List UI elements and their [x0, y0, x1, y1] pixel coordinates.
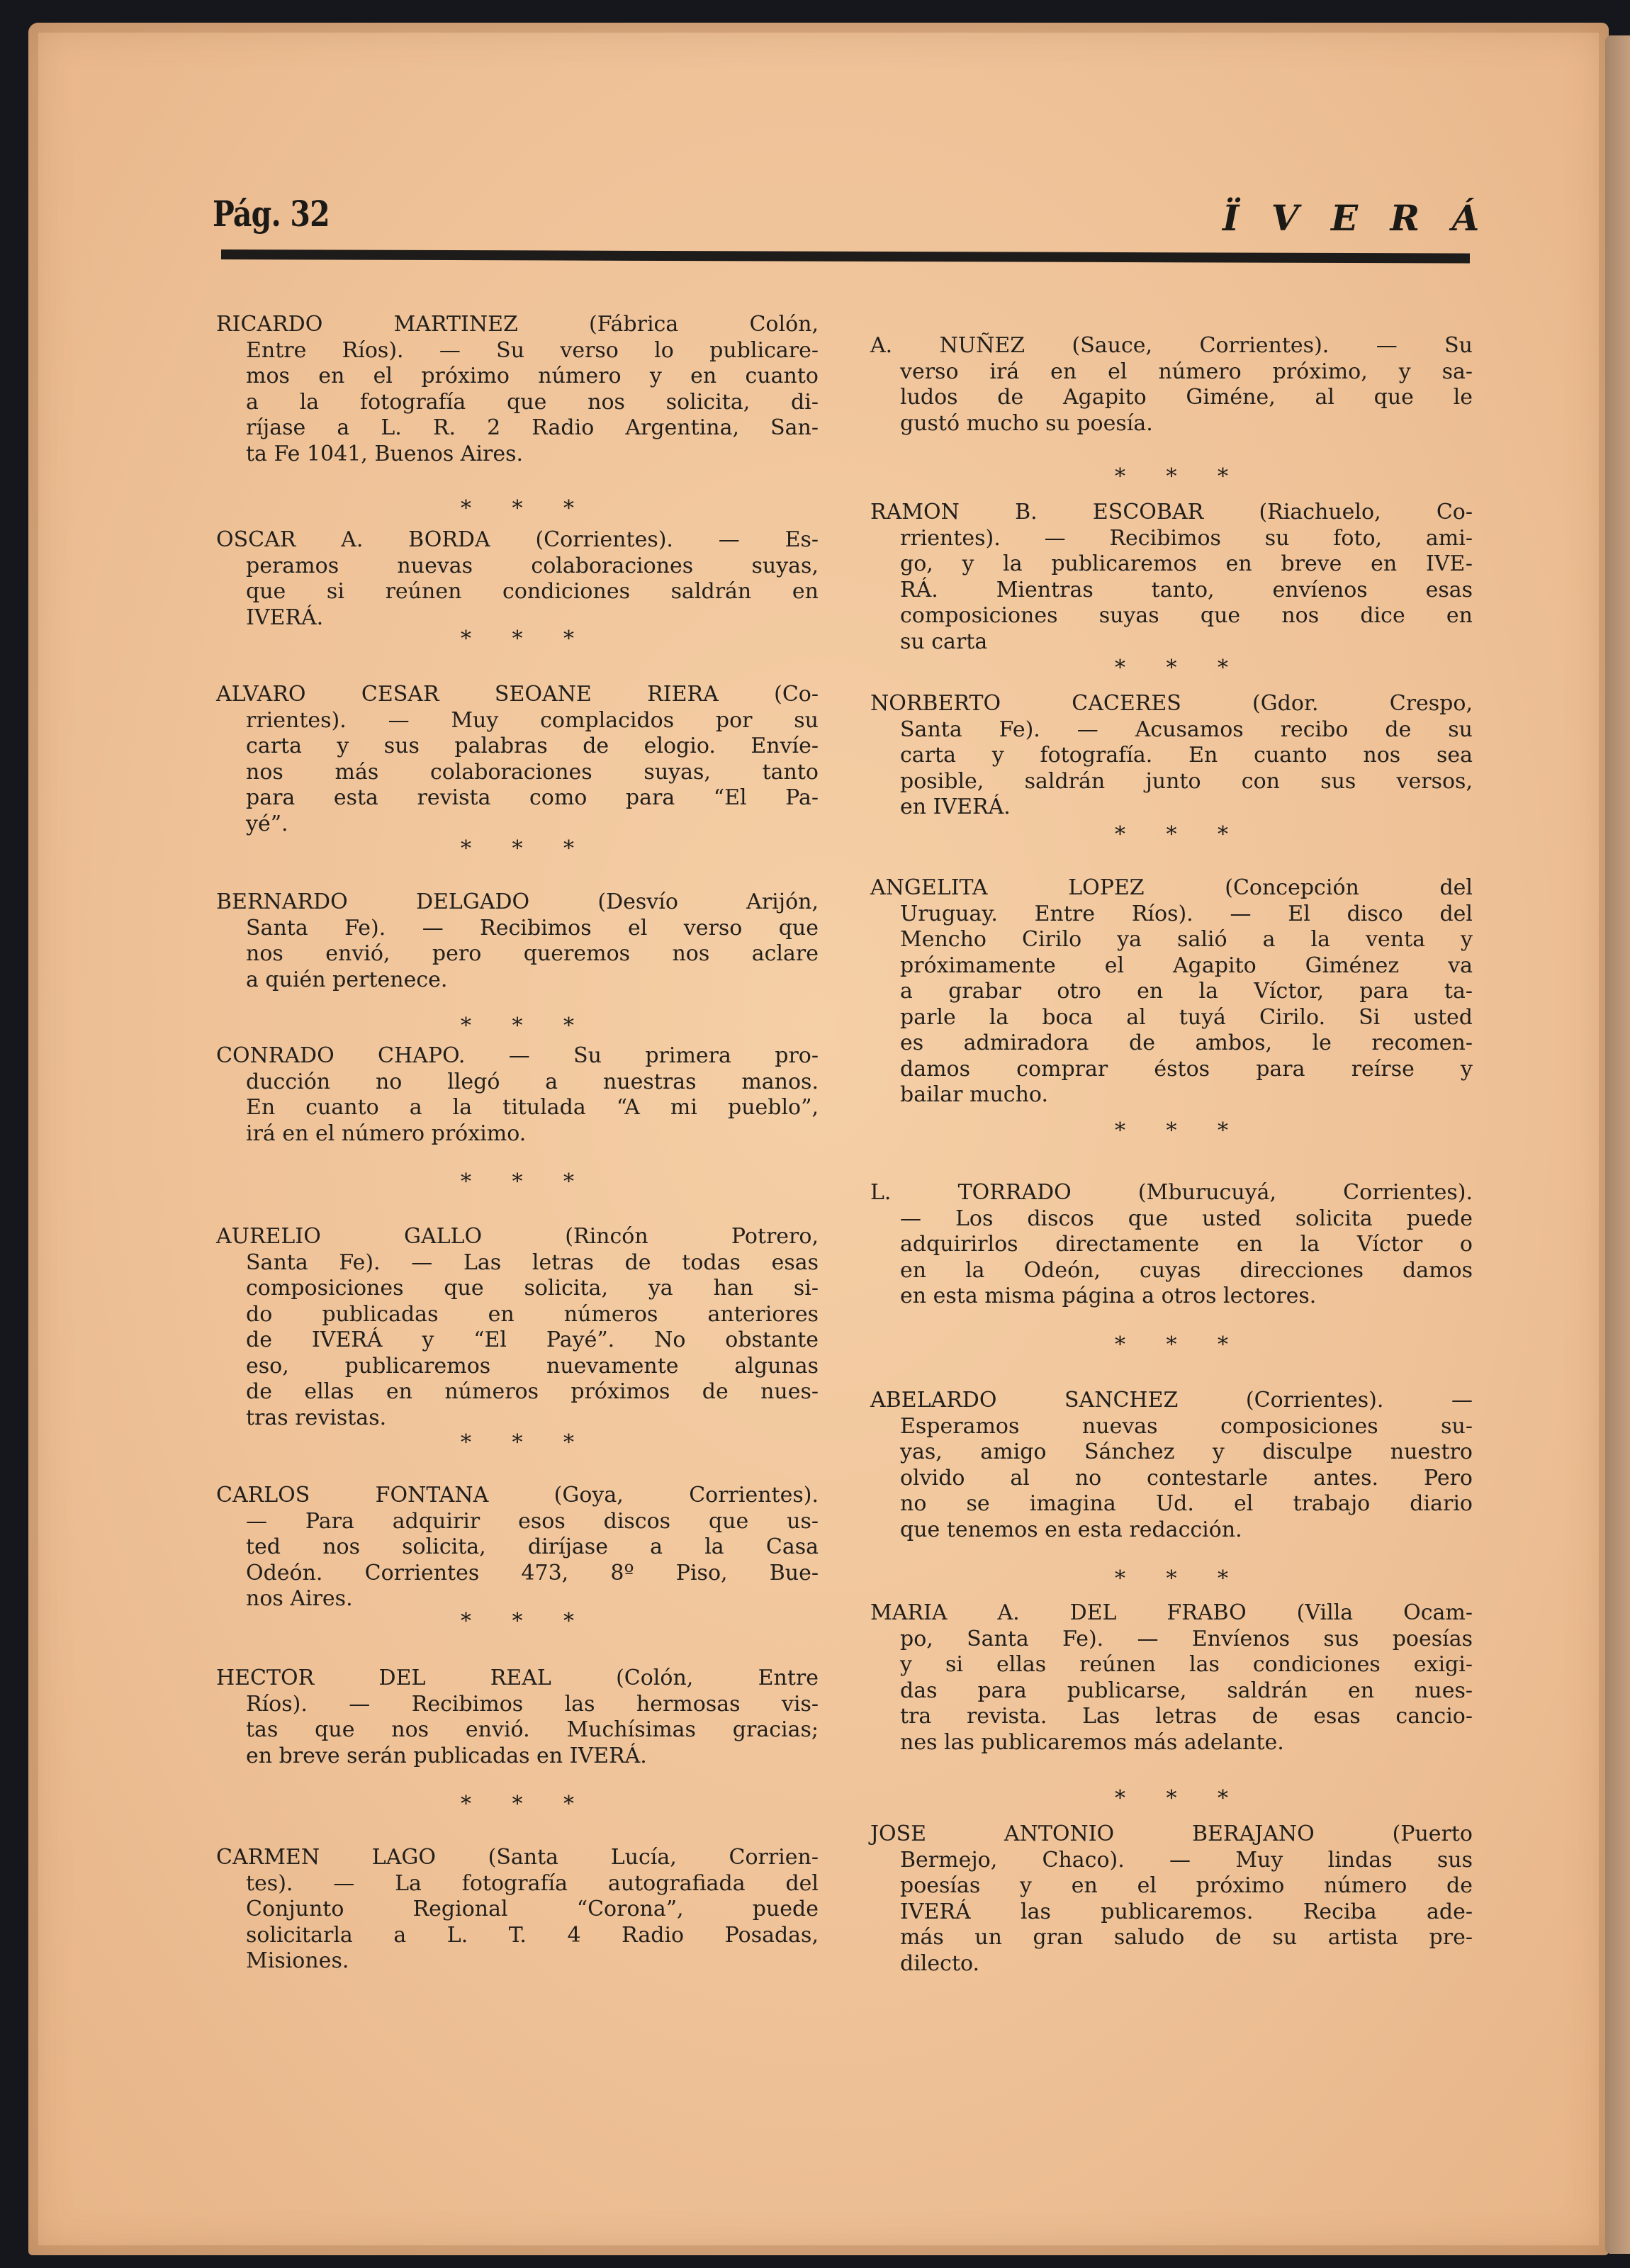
- entry-line: posible, saldrán junto con sus versos,: [900, 769, 1473, 795]
- entry-line: rrientes). — Muy complacidos por su: [246, 708, 819, 734]
- entry-line: Santa Fe). — Recibimos el verso que: [246, 916, 819, 942]
- entry-line: Conjunto Regional “Corona”, puede: [246, 1897, 819, 1923]
- page-number: Pág. 32: [213, 193, 330, 235]
- entry-line: ALVARO CESAR SEOANE RIERA (Co-: [216, 682, 819, 708]
- entry-line: Misiones.: [246, 1948, 819, 1975]
- entry-line: su carta: [900, 629, 1473, 656]
- separator-asterisks: * * *: [870, 1786, 1473, 1811]
- entry-line: nos envió, pero queremos nos aclare: [246, 941, 819, 967]
- entry-line: más un gran saludo de su artista pre-: [900, 1925, 1473, 1951]
- letter-entry: MARIA A. DEL FRABO (Villa Ocam- po, Sant…: [870, 1600, 1473, 1756]
- separator-asterisks: * * *: [216, 1609, 819, 1634]
- entry-line: irá en el número próximo.: [246, 1121, 819, 1147]
- entry-line: yas, amigo Sánchez y disculpe nuestro: [900, 1439, 1473, 1466]
- entry-line: nes las publicaremos más adelante.: [900, 1730, 1473, 1756]
- entry-line: bailar mucho.: [900, 1082, 1473, 1108]
- entry-line: próximamente el Agapito Giménez va: [900, 953, 1473, 979]
- letter-entry: CONRADO CHAPO. — Su primera pro- ducción…: [216, 1043, 819, 1147]
- entry-line: es admiradora de ambos, le recomen-: [900, 1031, 1473, 1057]
- entry-line: RÁ. Mientras tanto, envíenos esas: [900, 578, 1473, 604]
- entry-line: IVERÁ las publicaremos. Reciba ade-: [900, 1899, 1473, 1926]
- entry-line: En cuanto a la titulada “A mi pueblo”,: [246, 1095, 819, 1121]
- entry-line: de IVERÁ y “El Payé”. No obstante: [246, 1327, 819, 1354]
- entry-line: en la Odeón, cuyas direcciones damos: [900, 1258, 1473, 1284]
- letter-entry: ABELARDO SANCHEZ (Corrientes). — Esperam…: [870, 1388, 1473, 1543]
- entry-line: damos comprar éstos para reírse y: [900, 1057, 1473, 1083]
- letter-entry: A. NUÑEZ (Sauce, Corrientes). — Su verso…: [870, 333, 1473, 437]
- letter-entry: NORBERTO CACERES (Gdor. Crespo, Santa Fe…: [870, 691, 1473, 821]
- letter-entry: L. TORRADO (Mburucuyá, Corrientes). — Lo…: [870, 1180, 1473, 1310]
- entry-line: ríjase a L. R. 2 Radio Argentina, San-: [246, 415, 819, 442]
- entry-line: tes). — La fotografía autografiada del: [246, 1871, 819, 1897]
- separator-asterisks: * * *: [216, 836, 819, 861]
- entry-line: parle la boca al tuyá Cirilo. Si usted: [900, 1005, 1473, 1031]
- letter-entry: RICARDO MARTINEZ (Fábrica Colón, Entre R…: [216, 312, 819, 467]
- entry-line: solicitarla a L. T. 4 Radio Posadas,: [246, 1923, 819, 1949]
- entry-line: eso, publicaremos nuevamente algunas: [246, 1354, 819, 1380]
- separator-asterisks: * * *: [216, 1169, 819, 1194]
- separator-asterisks: * * *: [216, 1792, 819, 1817]
- entry-line: Bermejo, Chaco). — Muy lindas sus: [900, 1848, 1473, 1874]
- entry-line: BERNARDO DELGADO (Desvío Arijón,: [216, 889, 819, 916]
- entry-line: ABELARDO SANCHEZ (Corrientes). —: [870, 1388, 1473, 1414]
- entry-line: olvido al no contestarle antes. Pero: [900, 1466, 1473, 1492]
- entry-line: que tenemos en esta redacción.: [900, 1517, 1473, 1544]
- entry-line: das para publicarse, saldrán en nues-: [900, 1678, 1473, 1705]
- separator-asterisks: * * *: [870, 656, 1473, 680]
- entry-line: go, y la publicaremos en breve en IVE-: [900, 551, 1473, 578]
- entry-line: en IVERÁ.: [900, 795, 1473, 821]
- entry-line: carta y sus palabras de elogio. Envíe-: [246, 734, 819, 760]
- entry-line: A. NUÑEZ (Sauce, Corrientes). — Su: [870, 333, 1473, 359]
- entry-line: tras revistas.: [246, 1405, 819, 1432]
- entry-line: JOSE ANTONIO BERAJANO (Puerto: [870, 1821, 1473, 1848]
- entry-line: HECTOR DEL REAL (Colón, Entre: [216, 1666, 819, 1692]
- letter-entry: ALVARO CESAR SEOANE RIERA (Co- rrientes)…: [216, 682, 819, 837]
- entry-line: Entre Ríos). — Su verso lo publicare-: [246, 338, 819, 364]
- entry-line: Uruguay. Entre Ríos). — El disco del: [900, 902, 1473, 928]
- entry-line: gustó mucho su poesía.: [900, 411, 1473, 437]
- entry-line: MARIA A. DEL FRABO (Villa Ocam-: [870, 1600, 1473, 1627]
- entry-line: Santa Fe). — Acusamos recibo de su: [900, 717, 1473, 743]
- letter-entry: HECTOR DEL REAL (Colón, Entre Ríos). — R…: [216, 1666, 819, 1769]
- letter-entry: RAMON B. ESCOBAR (Riachuelo, Co- rriente…: [870, 500, 1473, 655]
- letter-entry: BERNARDO DELGADO (Desvío Arijón, Santa F…: [216, 889, 819, 993]
- entry-line: Ríos). — Recibimos las hermosas vis-: [246, 1692, 819, 1718]
- entry-line: rrientes). — Recibimos su foto, ami-: [900, 526, 1473, 552]
- separator-asterisks: * * *: [870, 464, 1473, 489]
- letter-entry: OSCAR A. BORDA (Corrientes). — Es- peram…: [216, 527, 819, 631]
- entry-line: ta Fe 1041, Buenos Aires.: [246, 442, 819, 468]
- entry-line: no se imagina Ud. el trabajo diario: [900, 1491, 1473, 1517]
- entry-line: en breve serán publicadas en IVERÁ.: [246, 1744, 819, 1770]
- entry-line: CARMEN LAGO (Santa Lucía, Corrien-: [216, 1845, 819, 1871]
- entry-line: Odeón. Corrientes 473, 8º Piso, Bue-: [246, 1561, 819, 1587]
- entry-line: verso irá en el número próximo, y sa-: [900, 359, 1473, 386]
- separator-asterisks: * * *: [870, 1118, 1473, 1143]
- entry-line: yé”.: [246, 812, 819, 838]
- entry-line: poesías y en el próximo número de: [900, 1873, 1473, 1899]
- letter-entry: CARMEN LAGO (Santa Lucía, Corrien- tes).…: [216, 1845, 819, 1975]
- entry-line: Esperamos nuevas composiciones su-: [900, 1414, 1473, 1440]
- entry-line: a la fotografía que nos solicita, di-: [246, 390, 819, 416]
- entry-line: y si ellas reúnen las condiciones exigi-: [900, 1652, 1473, 1678]
- entry-line: po, Santa Fe). — Envíenos sus poesías: [900, 1627, 1473, 1653]
- entry-line: ludos de Agapito Giméne, al que le: [900, 385, 1473, 411]
- entry-line: CONRADO CHAPO. — Su primera pro-: [216, 1043, 819, 1070]
- entry-line: L. TORRADO (Mburucuyá, Corrientes).: [870, 1180, 1473, 1206]
- separator-asterisks: * * *: [216, 627, 819, 651]
- entry-line: de ellas en números próximos de nues-: [246, 1379, 819, 1405]
- letter-entry: ANGELITA LOPEZ (Concepción del Uruguay. …: [870, 875, 1473, 1108]
- entry-line: AURELIO GALLO (Rincón Potrero,: [216, 1224, 819, 1250]
- entry-line: tra revista. Las letras de esas cancio-: [900, 1704, 1473, 1730]
- separator-asterisks: * * *: [870, 822, 1473, 847]
- entry-line: ANGELITA LOPEZ (Concepción del: [870, 875, 1473, 902]
- next-page-edge: [1605, 35, 1630, 2254]
- separator-asterisks: * * *: [216, 496, 819, 521]
- entry-line: peramos nuevas colaboraciones suyas,: [246, 554, 819, 580]
- entry-line: do publicadas en números anteriores: [246, 1302, 819, 1328]
- entry-line: que si reúnen condiciones saldrán en: [246, 579, 819, 605]
- entry-line: RAMON B. ESCOBAR (Riachuelo, Co-: [870, 500, 1473, 526]
- entry-line: — Para adquirir esos discos que us-: [246, 1509, 819, 1535]
- entry-line: Santa Fe). — Las letras de todas esas: [246, 1250, 819, 1276]
- entry-line: dilecto.: [900, 1951, 1473, 1977]
- separator-asterisks: * * *: [870, 1332, 1473, 1357]
- separator-asterisks: * * *: [216, 1430, 819, 1455]
- entry-line: a grabar otro en la Víctor, para ta-: [900, 979, 1473, 1005]
- entry-line: OSCAR A. BORDA (Corrientes). — Es-: [216, 527, 819, 554]
- entry-line: adquirirlos directamente en la Víctor o: [900, 1232, 1473, 1258]
- entry-line: en esta misma página a otros lectores.: [900, 1284, 1473, 1310]
- masthead-title: Ï V E R Á: [1222, 197, 1489, 239]
- entry-line: ducción no llegó a nuestras manos.: [246, 1070, 819, 1096]
- entry-line: para esta revista como para “El Pa-: [246, 785, 819, 812]
- entry-line: tas que nos envió. Muchísimas gracias;: [246, 1717, 819, 1744]
- entry-line: — Los discos que usted solicita puede: [900, 1206, 1473, 1233]
- letter-entry: CARLOS FONTANA (Goya, Corrientes). — Par…: [216, 1483, 819, 1612]
- letter-entry: AURELIO GALLO (Rincón Potrero, Santa Fe)…: [216, 1224, 819, 1431]
- entry-line: Mencho Cirilo ya salió a la venta y: [900, 927, 1473, 953]
- entry-line: CARLOS FONTANA (Goya, Corrientes).: [216, 1483, 819, 1509]
- entry-line: NORBERTO CACERES (Gdor. Crespo,: [870, 691, 1473, 717]
- entry-line: composiciones suyas que nos dice en: [900, 603, 1473, 629]
- letter-entry: JOSE ANTONIO BERAJANO (Puerto Bermejo, C…: [870, 1821, 1473, 1977]
- entry-line: nos más colaboraciones suyas, tanto: [246, 760, 819, 786]
- entry-line: mos en el próximo número y en cuanto: [246, 364, 819, 390]
- entry-line: a quién pertenece.: [246, 967, 819, 994]
- separator-asterisks: * * *: [216, 1014, 819, 1038]
- entry-line: ted nos solicita, diríjase a la Casa: [246, 1534, 819, 1561]
- entry-line: composiciones que solicita, ya han si-: [246, 1276, 819, 1302]
- separator-asterisks: * * *: [870, 1566, 1473, 1591]
- entry-line: RICARDO MARTINEZ (Fábrica Colón,: [216, 312, 819, 338]
- entry-line: carta y fotografía. En cuanto nos sea: [900, 743, 1473, 769]
